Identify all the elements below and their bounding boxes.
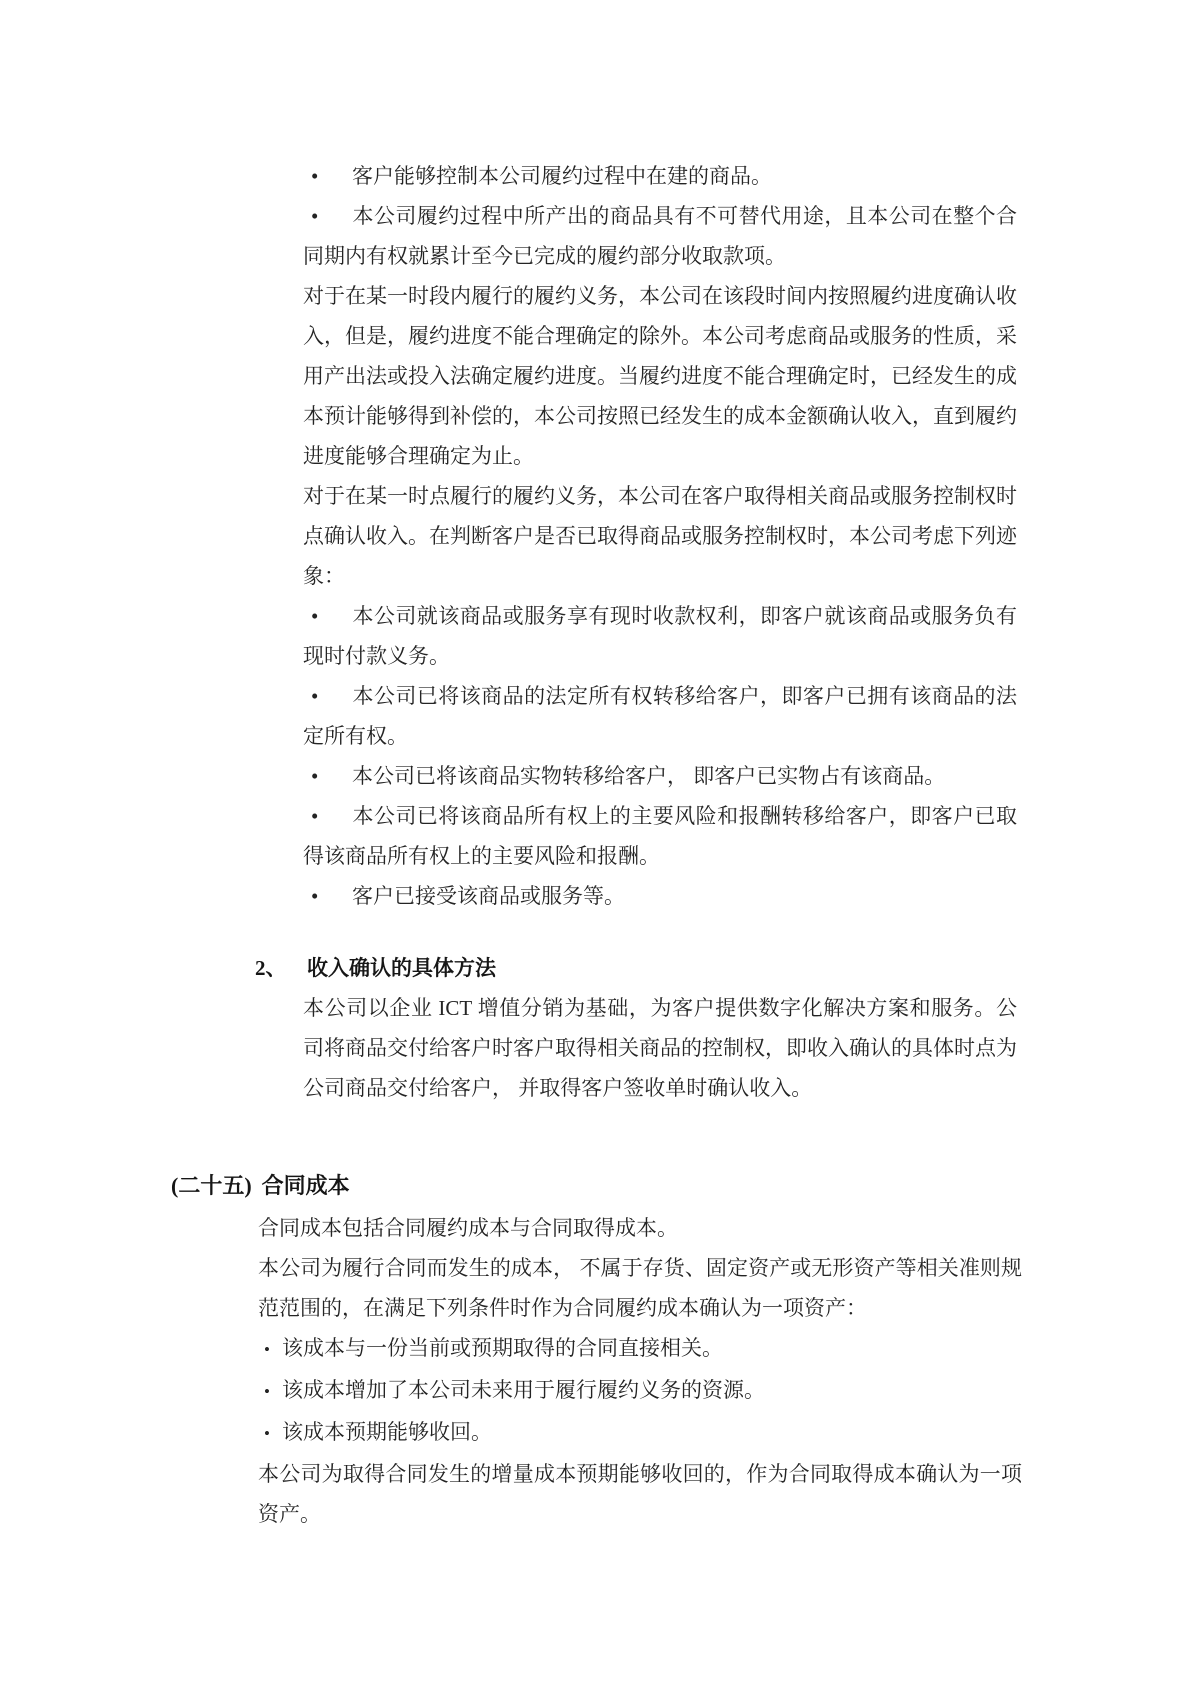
paragraph: 合同成本包括合同履约成本与合同取得成本。	[258, 1208, 1022, 1248]
bullet-text: 本公司就该商品或服务享有现时收款权利，即客户就该商品或服务负有现时付款义务。	[303, 604, 1017, 668]
heading-title: 收入确认的具体方法	[307, 956, 496, 980]
numbered-heading: 2、收入确认的具体方法	[255, 948, 1200, 988]
bullet-icon: •	[303, 596, 352, 636]
bullet-text: 客户已接受该商品或服务等。	[352, 884, 625, 908]
bullet-icon: •	[303, 676, 352, 716]
section-heading: (二十五)合同成本	[171, 1166, 1200, 1206]
bullet-text: 本公司已将该商品的法定所有权转移给客户，即客户已拥有该商品的法定所有权。	[303, 684, 1017, 748]
bullet-icon: •	[258, 1330, 282, 1370]
document-page: •客户能够控制本公司履约过程中在建的商品。 •本公司履约过程中所产出的商品具有不…	[0, 0, 1200, 1696]
bullet-icon: •	[303, 876, 352, 916]
heading-title: 合同成本	[262, 1173, 350, 1198]
bullet-text: 客户能够控制本公司履约过程中在建的商品。	[352, 164, 772, 188]
bullet-item: •该成本与一份当前或预期取得的合同直接相关。	[258, 1328, 1022, 1370]
bullet-icon: •	[303, 756, 352, 796]
bullet-icon: •	[303, 796, 352, 836]
heading-number: (二十五)	[171, 1173, 252, 1198]
bullet-text: 本公司已将该商品实物转移给客户， 即客户已实物占有该商品。	[352, 764, 945, 788]
bullet-item: •本公司履约过程中所产出的商品具有不可替代用途，且本公司在整个合同期内有权就累计…	[303, 196, 1017, 276]
bullet-item: •客户能够控制本公司履约过程中在建的商品。	[303, 156, 1017, 196]
paragraph: 对于在某一时段内履行的履约义务，本公司在该段时间内按照履约进度确认收入，但是，履…	[303, 276, 1017, 476]
bullet-item: •本公司已将该商品所有权上的主要风险和报酬转移给客户，即客户已取得该商品所有权上…	[303, 796, 1017, 876]
bullet-item: •客户已接受该商品或服务等。	[303, 876, 1017, 916]
bullet-icon: •	[303, 196, 352, 236]
bullet-item: •本公司就该商品或服务享有现时收款权利，即客户就该商品或服务负有现时付款义务。	[303, 596, 1017, 676]
bullet-text: 该成本与一份当前或预期取得的合同直接相关。	[282, 1336, 723, 1360]
bullet-text: 该成本增加了本公司未来用于履行履约义务的资源。	[282, 1378, 765, 1402]
bullet-text: 本公司履约过程中所产出的商品具有不可替代用途，且本公司在整个合同期内有权就累计至…	[303, 204, 1017, 268]
bullet-item: •该成本预期能够收回。	[258, 1412, 1022, 1454]
heading-number: 2、	[255, 948, 307, 988]
bullet-text: 该成本预期能够收回。	[282, 1420, 492, 1444]
revenue-recognition-section: •客户能够控制本公司履约过程中在建的商品。 •本公司履约过程中所产出的商品具有不…	[303, 156, 1017, 916]
paragraph: 本公司为取得合同发生的增量成本预期能够收回的，作为合同取得成本确认为一项资产。	[258, 1454, 1022, 1534]
page-content: •客户能够控制本公司履约过程中在建的商品。 •本公司履约过程中所产出的商品具有不…	[0, 0, 1200, 1534]
paragraph: 本公司为履行合同而发生的成本， 不属于存货、固定资产或无形资产等相关准则规范范围…	[258, 1248, 1022, 1328]
bullet-item: •本公司已将该商品实物转移给客户， 即客户已实物占有该商品。	[303, 756, 1017, 796]
paragraph: 本公司以企业 ICT 增值分销为基础，为客户提供数字化解决方案和服务。公司将商品…	[303, 988, 1017, 1108]
bullet-item: •该成本增加了本公司未来用于履行履约义务的资源。	[258, 1370, 1022, 1412]
paragraph: 对于在某一时点履行的履约义务，本公司在客户取得相关商品或服务控制权时点确认收入。…	[303, 476, 1017, 596]
bullet-icon: •	[258, 1414, 282, 1454]
bullet-icon: •	[303, 156, 352, 196]
contract-cost-section: 合同成本包括合同履约成本与合同取得成本。 本公司为履行合同而发生的成本， 不属于…	[258, 1208, 1022, 1534]
bullet-icon: •	[258, 1372, 282, 1412]
bullet-item: •本公司已将该商品的法定所有权转移给客户，即客户已拥有该商品的法定所有权。	[303, 676, 1017, 756]
bullet-text: 本公司已将该商品所有权上的主要风险和报酬转移给客户，即客户已取得该商品所有权上的…	[303, 804, 1017, 868]
